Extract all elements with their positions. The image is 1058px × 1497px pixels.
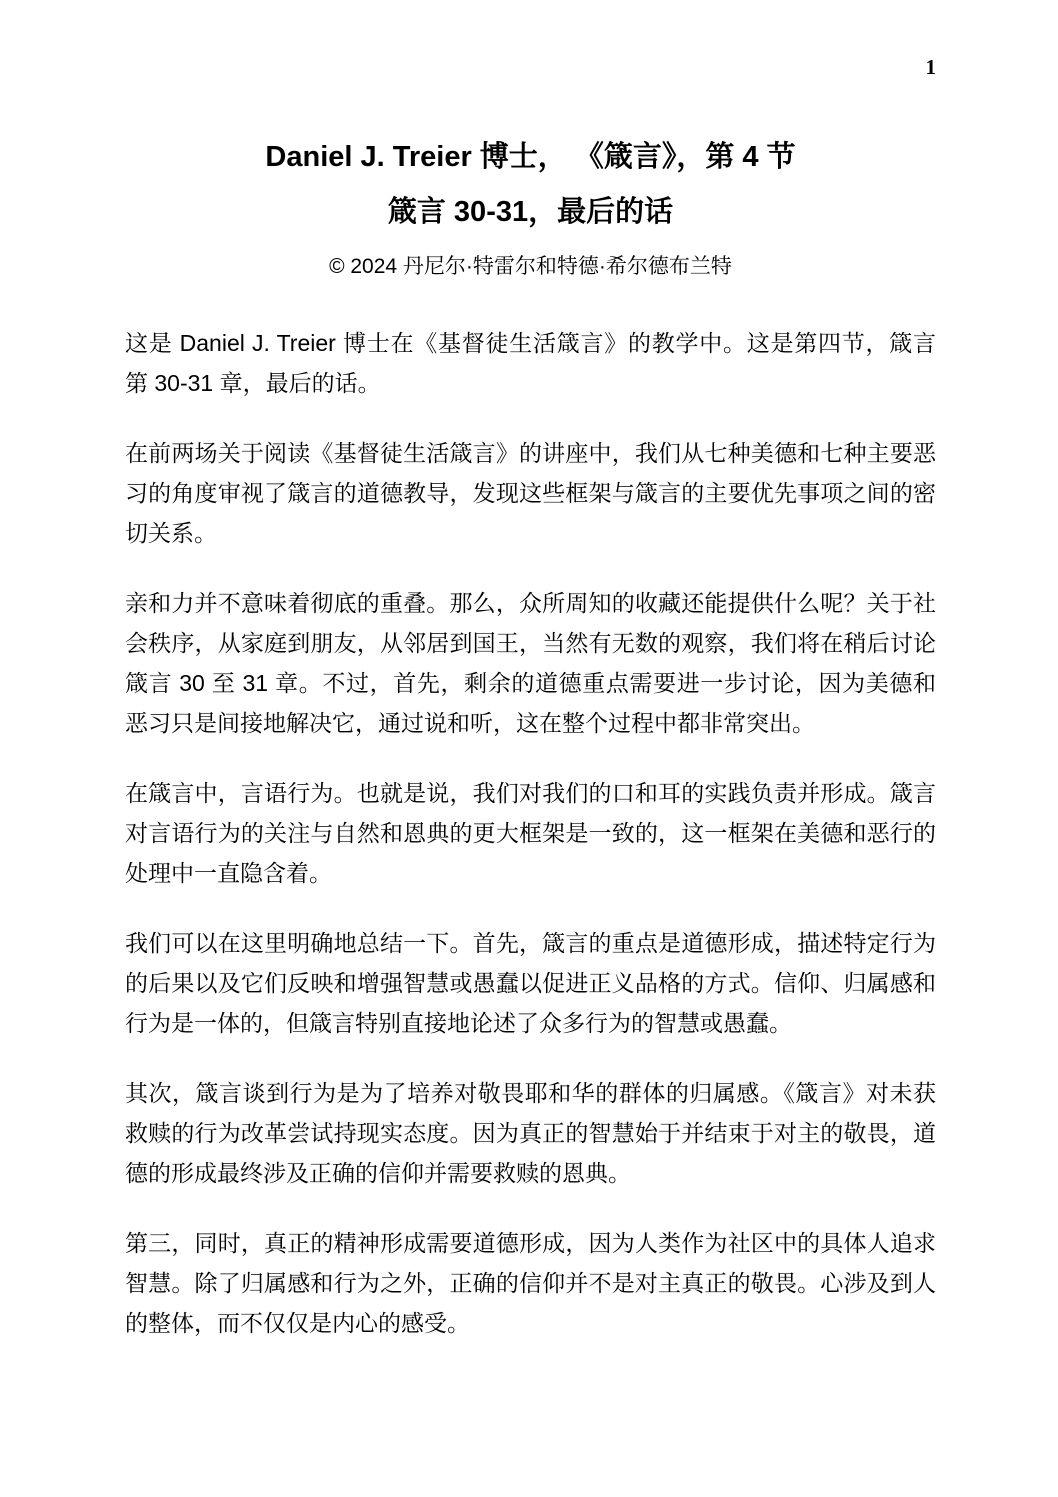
paragraph-affinity: 亲和力并不意味着彻底的重叠。那么，众所周知的收藏还能提供什么呢？关于社会秩序，从… <box>125 583 936 743</box>
paragraph-speech-acts: 在箴言中，言语行为。也就是说，我们对我们的口和耳的实践负责并形成。箴言对言语行为… <box>125 773 936 893</box>
paragraph-moral-formation: 我们可以在这里明确地总结一下。首先，箴言的重点是道德形成，描述特定行为的后果以及… <box>125 923 936 1043</box>
document-subtitle: 箴言 30-31，最后的话 <box>125 195 936 229</box>
paragraph-intro: 这是 Daniel J. Treier 博士在《基督徒生活箴言》的教学中。这是第… <box>125 323 936 403</box>
paragraph-spiritual-formation: 第三，同时，真正的精神形成需要道德形成，因为人类作为社区中的具体人追求智慧。除了… <box>125 1223 936 1343</box>
paragraph-previous-lectures: 在前两场关于阅读《基督徒生活箴言》的讲座中，我们从七种美德和七种主要恶习的角度审… <box>125 433 936 553</box>
copyright-line: © 2024 丹尼尔·特雷尔和特德·希尔德布兰特 <box>125 255 936 279</box>
document-content: Daniel J. Treier 博士， 《箴言》，第 4 节 箴言 30-31… <box>125 0 936 1373</box>
document-title: Daniel J. Treier 博士， 《箴言》，第 4 节 <box>125 0 936 174</box>
paragraph-belonging: 其次，箴言谈到行为是为了培养对敬畏耶和华的群体的归属感。《箴言》对未获救赎的行为… <box>125 1073 936 1193</box>
document-page: 1 Daniel J. Treier 博士， 《箴言》，第 4 节 箴言 30-… <box>0 0 1058 1497</box>
